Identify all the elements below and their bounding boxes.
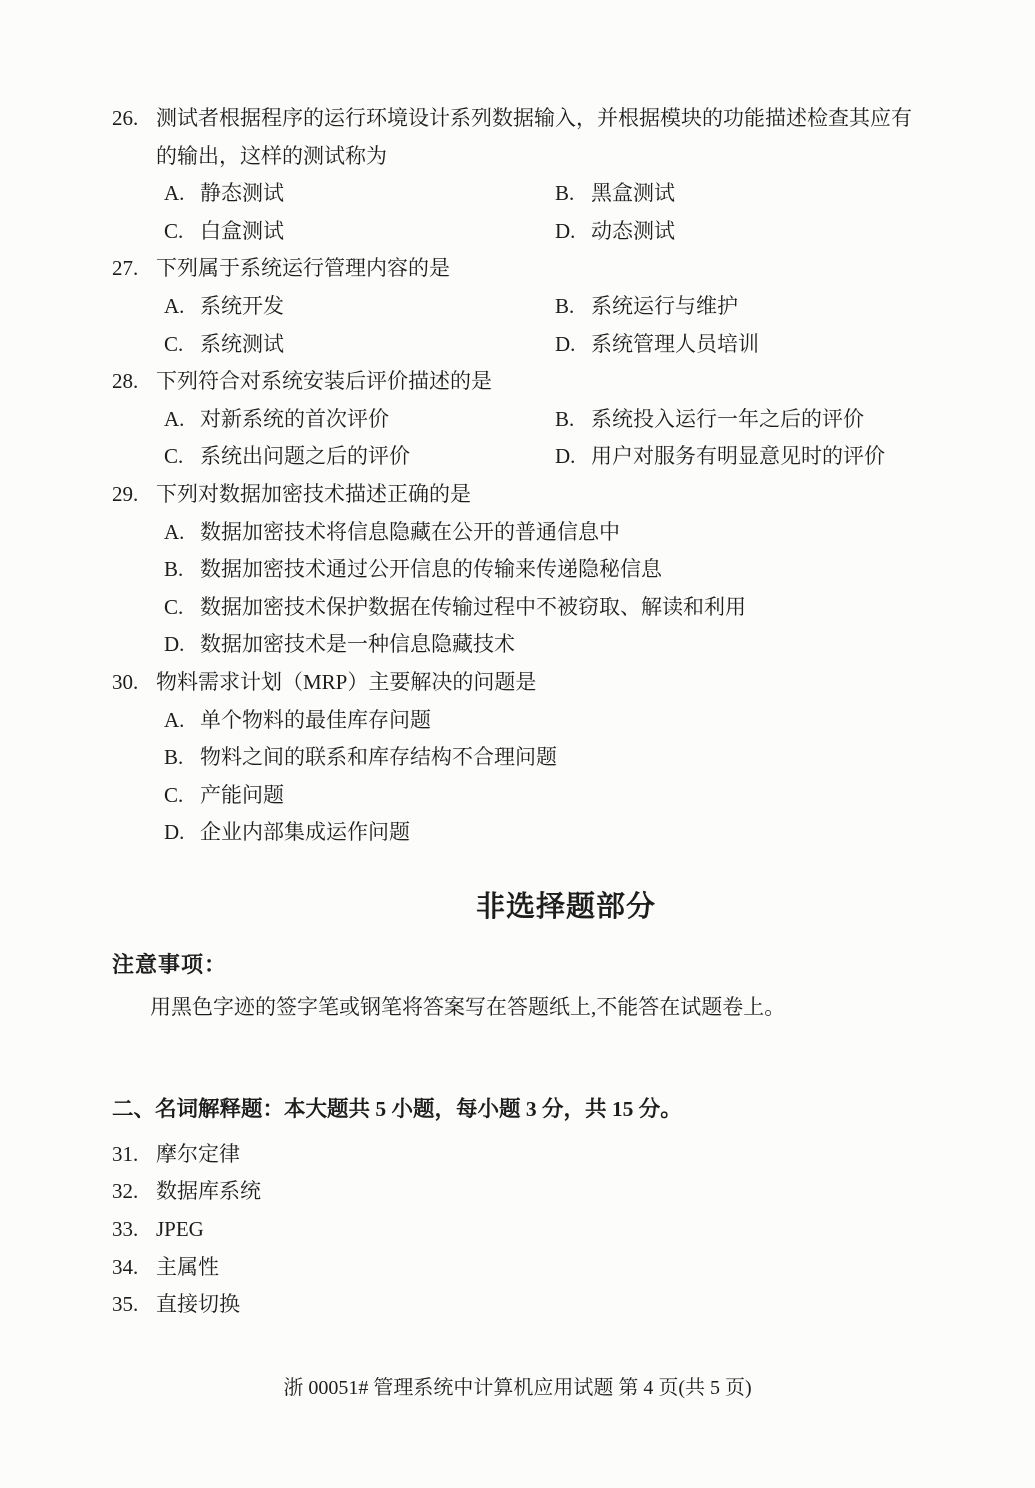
options: A.对新系统的首次评价 B.系统投入运行一年之后的评价 C.系统出问题之后的评价… bbox=[156, 401, 942, 476]
question-29: 29. 下列对数据加密技术描述正确的是 A.数据加密技术将信息隐藏在公开的普通信… bbox=[112, 476, 942, 664]
term-number: 35. bbox=[112, 1286, 156, 1324]
option-b: B.系统运行与维护 bbox=[555, 288, 942, 326]
option-letter: B. bbox=[555, 175, 591, 213]
option-text: 系统出问题之后的评价 bbox=[200, 444, 410, 468]
option-letter: A. bbox=[164, 514, 200, 552]
option-d: D.数据加密技术是一种信息隐藏技术 bbox=[164, 626, 942, 664]
term-text: 摩尔定律 bbox=[156, 1136, 240, 1174]
section-header: 非选择题部分 bbox=[112, 888, 942, 926]
option-text: 物料之间的联系和库存结构不合理问题 bbox=[200, 745, 557, 769]
option-letter: A. bbox=[164, 288, 200, 326]
option-letter: C. bbox=[164, 438, 200, 476]
option-text: 企业内部集成运作问题 bbox=[200, 820, 410, 844]
question-number: 29. bbox=[112, 476, 156, 664]
question-text: 下列属于系统运行管理内容的是 bbox=[156, 250, 920, 288]
question-number: 30. bbox=[112, 664, 156, 852]
question-body: 物料需求计划（MRP）主要解决的问题是 A.单个物料的最佳库存问题 B.物料之间… bbox=[156, 664, 942, 852]
question-body: 下列对数据加密技术描述正确的是 A.数据加密技术将信息隐藏在公开的普通信息中 B… bbox=[156, 476, 942, 664]
option-letter: C. bbox=[164, 213, 200, 251]
question-28: 28. 下列符合对系统安装后评价描述的是 A.对新系统的首次评价 B.系统投入运… bbox=[112, 363, 942, 476]
question-text: 下列符合对系统安装后评价描述的是 bbox=[156, 363, 920, 401]
term-text: 直接切换 bbox=[156, 1286, 240, 1324]
question-text: 测试者根据程序的运行环境设计系列数据输入，并根据模块的功能描述检查其应有的输出，… bbox=[156, 100, 920, 175]
options: A.静态测试 B.黑盒测试 C.白盒测试 D.动态测试 bbox=[156, 175, 942, 250]
option-text: 数据加密技术通过公开信息的传输来传递隐秘信息 bbox=[200, 557, 662, 581]
option-a: A.静态测试 bbox=[164, 175, 555, 213]
question-30: 30. 物料需求计划（MRP）主要解决的问题是 A.单个物料的最佳库存问题 B.… bbox=[112, 664, 942, 852]
option-text: 数据加密技术是一种信息隐藏技术 bbox=[200, 632, 515, 656]
option-d: D.动态测试 bbox=[555, 213, 942, 251]
option-text: 数据加密技术将信息隐藏在公开的普通信息中 bbox=[200, 520, 620, 544]
option-letter: C. bbox=[164, 777, 200, 815]
question-number: 26. bbox=[112, 100, 156, 250]
option-b: B.系统投入运行一年之后的评价 bbox=[555, 401, 942, 439]
option-text: 对新系统的首次评价 bbox=[200, 407, 389, 431]
term-list: 31. 摩尔定律 32. 数据库系统 33. JPEG 34. 主属性 35. … bbox=[112, 1136, 942, 1324]
option-letter: B. bbox=[555, 288, 591, 326]
option-a: A.系统开发 bbox=[164, 288, 555, 326]
option-letter: D. bbox=[555, 438, 591, 476]
option-letter: C. bbox=[164, 326, 200, 364]
option-d: D.系统管理人员培训 bbox=[555, 326, 942, 364]
option-a: A.对新系统的首次评价 bbox=[164, 401, 555, 439]
option-text: 数据加密技术保护数据在传输过程中不被窃取、解读和利用 bbox=[200, 595, 746, 619]
option-text: 系统管理人员培训 bbox=[591, 332, 759, 356]
option-text: 产能问题 bbox=[200, 783, 284, 807]
option-text: 静态测试 bbox=[200, 181, 284, 205]
option-text: 黑盒测试 bbox=[591, 181, 675, 205]
term-number: 33. bbox=[112, 1211, 156, 1249]
question-text: 物料需求计划（MRP）主要解决的问题是 bbox=[156, 664, 920, 702]
option-letter: C. bbox=[164, 589, 200, 627]
option-letter: D. bbox=[555, 326, 591, 364]
option-letter: D. bbox=[555, 213, 591, 251]
option-c: C.数据加密技术保护数据在传输过程中不被窃取、解读和利用 bbox=[164, 589, 942, 627]
option-letter: D. bbox=[164, 626, 200, 664]
question-body: 测试者根据程序的运行环境设计系列数据输入，并根据模块的功能描述检查其应有的输出，… bbox=[156, 100, 942, 250]
option-letter: B. bbox=[555, 401, 591, 439]
term-number: 34. bbox=[112, 1249, 156, 1287]
option-text: 白盒测试 bbox=[200, 219, 284, 243]
page-footer: 浙 00051# 管理系统中计算机应用试题 第 4 页(共 5 页) bbox=[0, 1371, 1035, 1400]
option-letter: B. bbox=[164, 739, 200, 777]
option-c: C.白盒测试 bbox=[164, 213, 555, 251]
option-letter: B. bbox=[164, 551, 200, 589]
question-body: 下列符合对系统安装后评价描述的是 A.对新系统的首次评价 B.系统投入运行一年之… bbox=[156, 363, 942, 476]
options: A.系统开发 B.系统运行与维护 C.系统测试 D.系统管理人员培训 bbox=[156, 288, 942, 363]
option-b: B.黑盒测试 bbox=[555, 175, 942, 213]
option-letter: D. bbox=[164, 814, 200, 852]
term-item-33: 33. JPEG bbox=[112, 1211, 942, 1249]
section2-title: 二、名词解释题：本大题共 5 小题，每小题 3 分，共 15 分。 bbox=[112, 1094, 942, 1124]
question-number: 27. bbox=[112, 250, 156, 363]
term-item-35: 35. 直接切换 bbox=[112, 1286, 942, 1324]
option-c: C.系统出问题之后的评价 bbox=[164, 438, 555, 476]
option-c: C.系统测试 bbox=[164, 326, 555, 364]
option-text: 系统运行与维护 bbox=[591, 294, 738, 318]
term-text: 主属性 bbox=[156, 1249, 219, 1287]
options: A.单个物料的最佳库存问题 B.物料之间的联系和库存结构不合理问题 C.产能问题… bbox=[156, 702, 942, 852]
exam-content: 26. 测试者根据程序的运行环境设计系列数据输入，并根据模块的功能描述检查其应有… bbox=[112, 0, 942, 1324]
question-body: 下列属于系统运行管理内容的是 A.系统开发 B.系统运行与维护 C.系统测试 D… bbox=[156, 250, 942, 363]
option-text: 系统开发 bbox=[200, 294, 284, 318]
term-number: 31. bbox=[112, 1136, 156, 1174]
option-letter: A. bbox=[164, 175, 200, 213]
question-number: 28. bbox=[112, 363, 156, 476]
term-text: JPEG bbox=[156, 1211, 204, 1249]
question-26: 26. 测试者根据程序的运行环境设计系列数据输入，并根据模块的功能描述检查其应有… bbox=[112, 100, 942, 250]
notice-title: 注意事项： bbox=[112, 950, 942, 980]
option-text: 系统测试 bbox=[200, 332, 284, 356]
notice-body: 用黑色字迹的签字笔或钢笔将答案写在答题纸上,不能答在试题卷上。 bbox=[112, 992, 942, 1022]
option-text: 动态测试 bbox=[591, 219, 675, 243]
term-text: 数据库系统 bbox=[156, 1173, 261, 1211]
option-a: A.数据加密技术将信息隐藏在公开的普通信息中 bbox=[164, 514, 942, 552]
term-item-31: 31. 摩尔定律 bbox=[112, 1136, 942, 1174]
option-text: 系统投入运行一年之后的评价 bbox=[591, 407, 864, 431]
option-c: C.产能问题 bbox=[164, 777, 942, 815]
option-letter: A. bbox=[164, 702, 200, 740]
option-b: B.数据加密技术通过公开信息的传输来传递隐秘信息 bbox=[164, 551, 942, 589]
options: A.数据加密技术将信息隐藏在公开的普通信息中 B.数据加密技术通过公开信息的传输… bbox=[156, 514, 942, 664]
term-number: 32. bbox=[112, 1173, 156, 1211]
option-d: D.用户对服务有明显意见时的评价 bbox=[555, 438, 942, 476]
question-27: 27. 下列属于系统运行管理内容的是 A.系统开发 B.系统运行与维护 C.系统… bbox=[112, 250, 942, 363]
option-d: D.企业内部集成运作问题 bbox=[164, 814, 942, 852]
term-item-32: 32. 数据库系统 bbox=[112, 1173, 942, 1211]
option-b: B.物料之间的联系和库存结构不合理问题 bbox=[164, 739, 942, 777]
option-a: A.单个物料的最佳库存问题 bbox=[164, 702, 942, 740]
option-text: 单个物料的最佳库存问题 bbox=[200, 708, 431, 732]
option-letter: A. bbox=[164, 401, 200, 439]
option-text: 用户对服务有明显意见时的评价 bbox=[591, 444, 885, 468]
exam-page: 26. 测试者根据程序的运行环境设计系列数据输入，并根据模块的功能描述检查其应有… bbox=[0, 0, 1035, 1488]
question-text: 下列对数据加密技术描述正确的是 bbox=[156, 476, 920, 514]
term-item-34: 34. 主属性 bbox=[112, 1249, 942, 1287]
